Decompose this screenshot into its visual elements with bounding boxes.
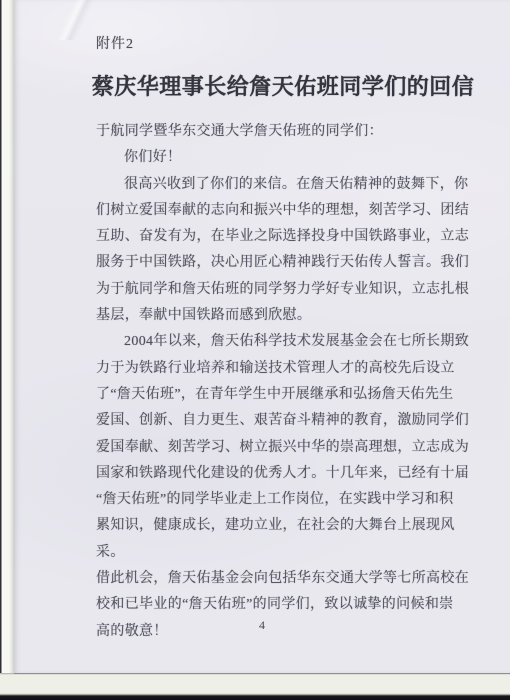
- scanner-left-edge: [0, 0, 14, 695]
- letter-body: 于航同学暨华东交通大学詹天佑班的同学们： 你们好！ 很高兴收到了你们的来信。在詹…: [96, 119, 472, 645]
- scanner-bottom-edge: [0, 673, 510, 700]
- salutation-line: 于航同学暨华东交通大学詹天佑班的同学们：: [96, 119, 472, 145]
- page-number: 4: [14, 618, 510, 633]
- letter-paragraph-2: 2004年以来，詹天佑科学技术发展基金会在七所长期致 力于为铁路行业培养和输送技…: [96, 329, 472, 645]
- letter-title: 蔡庆华理事长给詹天佑班同学们的回信: [82, 70, 484, 101]
- greeting-line: 你们好！: [96, 145, 472, 171]
- letter-paragraph-1: 很高兴收到了你们的来信。在詹天佑精神的鼓舞下，你 们树立爱国奉献的志向和振兴中华…: [96, 172, 472, 330]
- attachment-label: 附件2: [96, 33, 134, 53]
- scanned-letter-page: 附件2 蔡庆华理事长给詹天佑班同学们的回信 于航同学暨华东交通大学詹天佑班的同学…: [14, 0, 510, 674]
